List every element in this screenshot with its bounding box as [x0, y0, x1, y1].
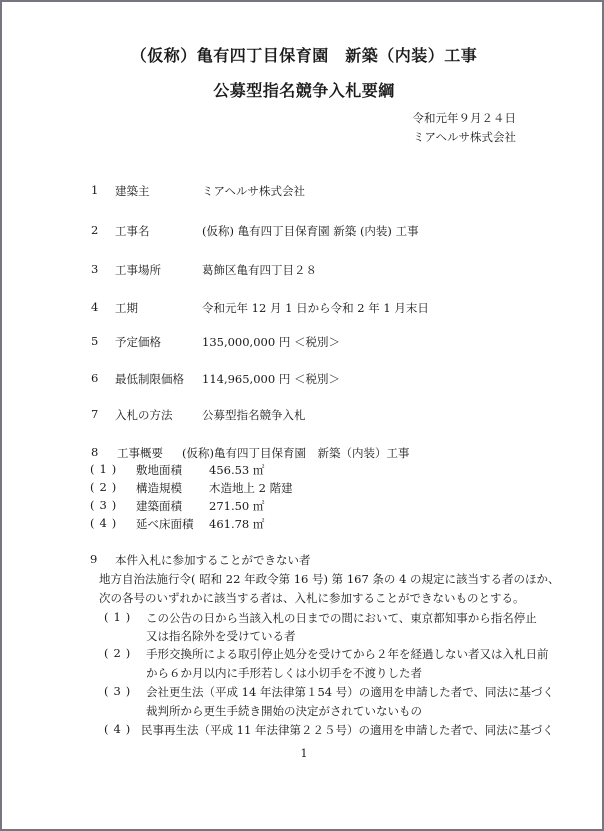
condition-text: 裁判所から更生手続き開始の決定がされていないもの — [146, 703, 422, 719]
section-value: (仮称)亀有四丁目保育園 新築（内装）工事 — [182, 445, 409, 461]
issuer-name: ミアヘルサ株式会社 — [413, 129, 516, 145]
item-number: 5 — [91, 334, 98, 348]
condition-text: から６か月以内に手形若しくは小切手を不渡りした者 — [146, 665, 422, 681]
spec-label: 構造規模 — [136, 480, 182, 496]
item-value: 令和元年 12 月 1 日から令和 2 年 1 月末日 — [202, 300, 429, 316]
spec-index: (4) — [90, 516, 121, 530]
condition-index: (3) — [104, 684, 135, 698]
document-page: （仮称）亀有四丁目保育園 新築（内装）工事 公募型指名競争入札要綱 令和元年９月… — [0, 0, 604, 831]
condition-index: (1) — [104, 610, 135, 624]
spec-index: (1) — [90, 462, 121, 476]
item-label: 工事名 — [115, 223, 150, 239]
spec-value: 461.78 ㎡ — [209, 516, 264, 532]
item-number: 2 — [91, 223, 98, 237]
item-label: 工期 — [115, 300, 138, 316]
spec-index: (2) — [90, 480, 121, 494]
item-number: 3 — [91, 262, 98, 276]
item-label: 予定価格 — [115, 334, 161, 350]
spec-label: 延べ床面積 — [136, 516, 194, 532]
item-value: 葛飾区亀有四丁目２８ — [202, 262, 317, 278]
issue-date: 令和元年９月２４日 — [413, 110, 517, 126]
condition-text: 手形交換所による取引停止処分を受けてから２年を経過しない者又は入札日前 — [146, 646, 549, 662]
section-number: 9 — [90, 552, 97, 566]
document-title: （仮称）亀有四丁目保育園 新築（内装）工事 — [2, 43, 604, 66]
spec-index: (3) — [90, 498, 121, 512]
section-heading: 本件入札に参加することができない者 — [115, 552, 311, 568]
item-label: 工事場所 — [115, 262, 161, 278]
item-value: (仮称) 亀有四丁目保育園 新築 (内装) 工事 — [202, 223, 419, 239]
condition-index: (4) — [104, 722, 135, 736]
condition-text: 会社更生法（平成 14 年法律第１54 号）の適用を申請した者で、同法に基づく — [146, 684, 554, 700]
item-number: 7 — [91, 407, 98, 421]
item-label: 建築主 — [115, 183, 150, 199]
condition-index: (2) — [104, 646, 135, 660]
item-value: 公募型指名競争入札 — [202, 407, 306, 423]
page-number: 1 — [2, 747, 604, 760]
item-label: 入札の方法 — [115, 407, 173, 423]
item-number: 6 — [91, 371, 98, 385]
item-value: 135,000,000 円 ＜税別＞ — [202, 334, 340, 350]
item-value: 114,965,000 円 ＜税別＞ — [202, 371, 340, 387]
condition-text: 民事再生法（平成 11 年法律第２２５号）の適用を申請した者で、同法に基づく — [141, 722, 554, 738]
spec-value: 456.53 ㎡ — [209, 462, 264, 478]
item-number: 1 — [91, 183, 98, 197]
spec-label: 敷地面積 — [136, 462, 182, 478]
intro-text: 次の各号のいずれかに該当する者は、入札に参加することができないものとする。 — [99, 590, 525, 606]
spec-value: 271.50 ㎡ — [209, 498, 264, 514]
item-value: ミアヘルサ株式会社 — [202, 183, 305, 199]
spec-label: 建築面積 — [136, 498, 182, 514]
item-number: 4 — [91, 300, 98, 314]
spec-value: 木造地上 2 階建 — [209, 480, 293, 496]
condition-text: 又は指名除外を受けている者 — [146, 628, 296, 644]
intro-text: 地方自治法施行令( 昭和 22 年政令第 16 号) 第 167 条の 4 の規… — [99, 571, 560, 587]
document-subtitle: 公募型指名競争入札要綱 — [2, 78, 604, 101]
condition-text: この公告の日から当該入札の日までの間において、東京都知事から指名停止 — [146, 610, 537, 626]
section-number: 8 — [91, 445, 98, 459]
section-label: 工事概要 — [117, 445, 163, 461]
item-label: 最低制限価格 — [115, 371, 184, 387]
